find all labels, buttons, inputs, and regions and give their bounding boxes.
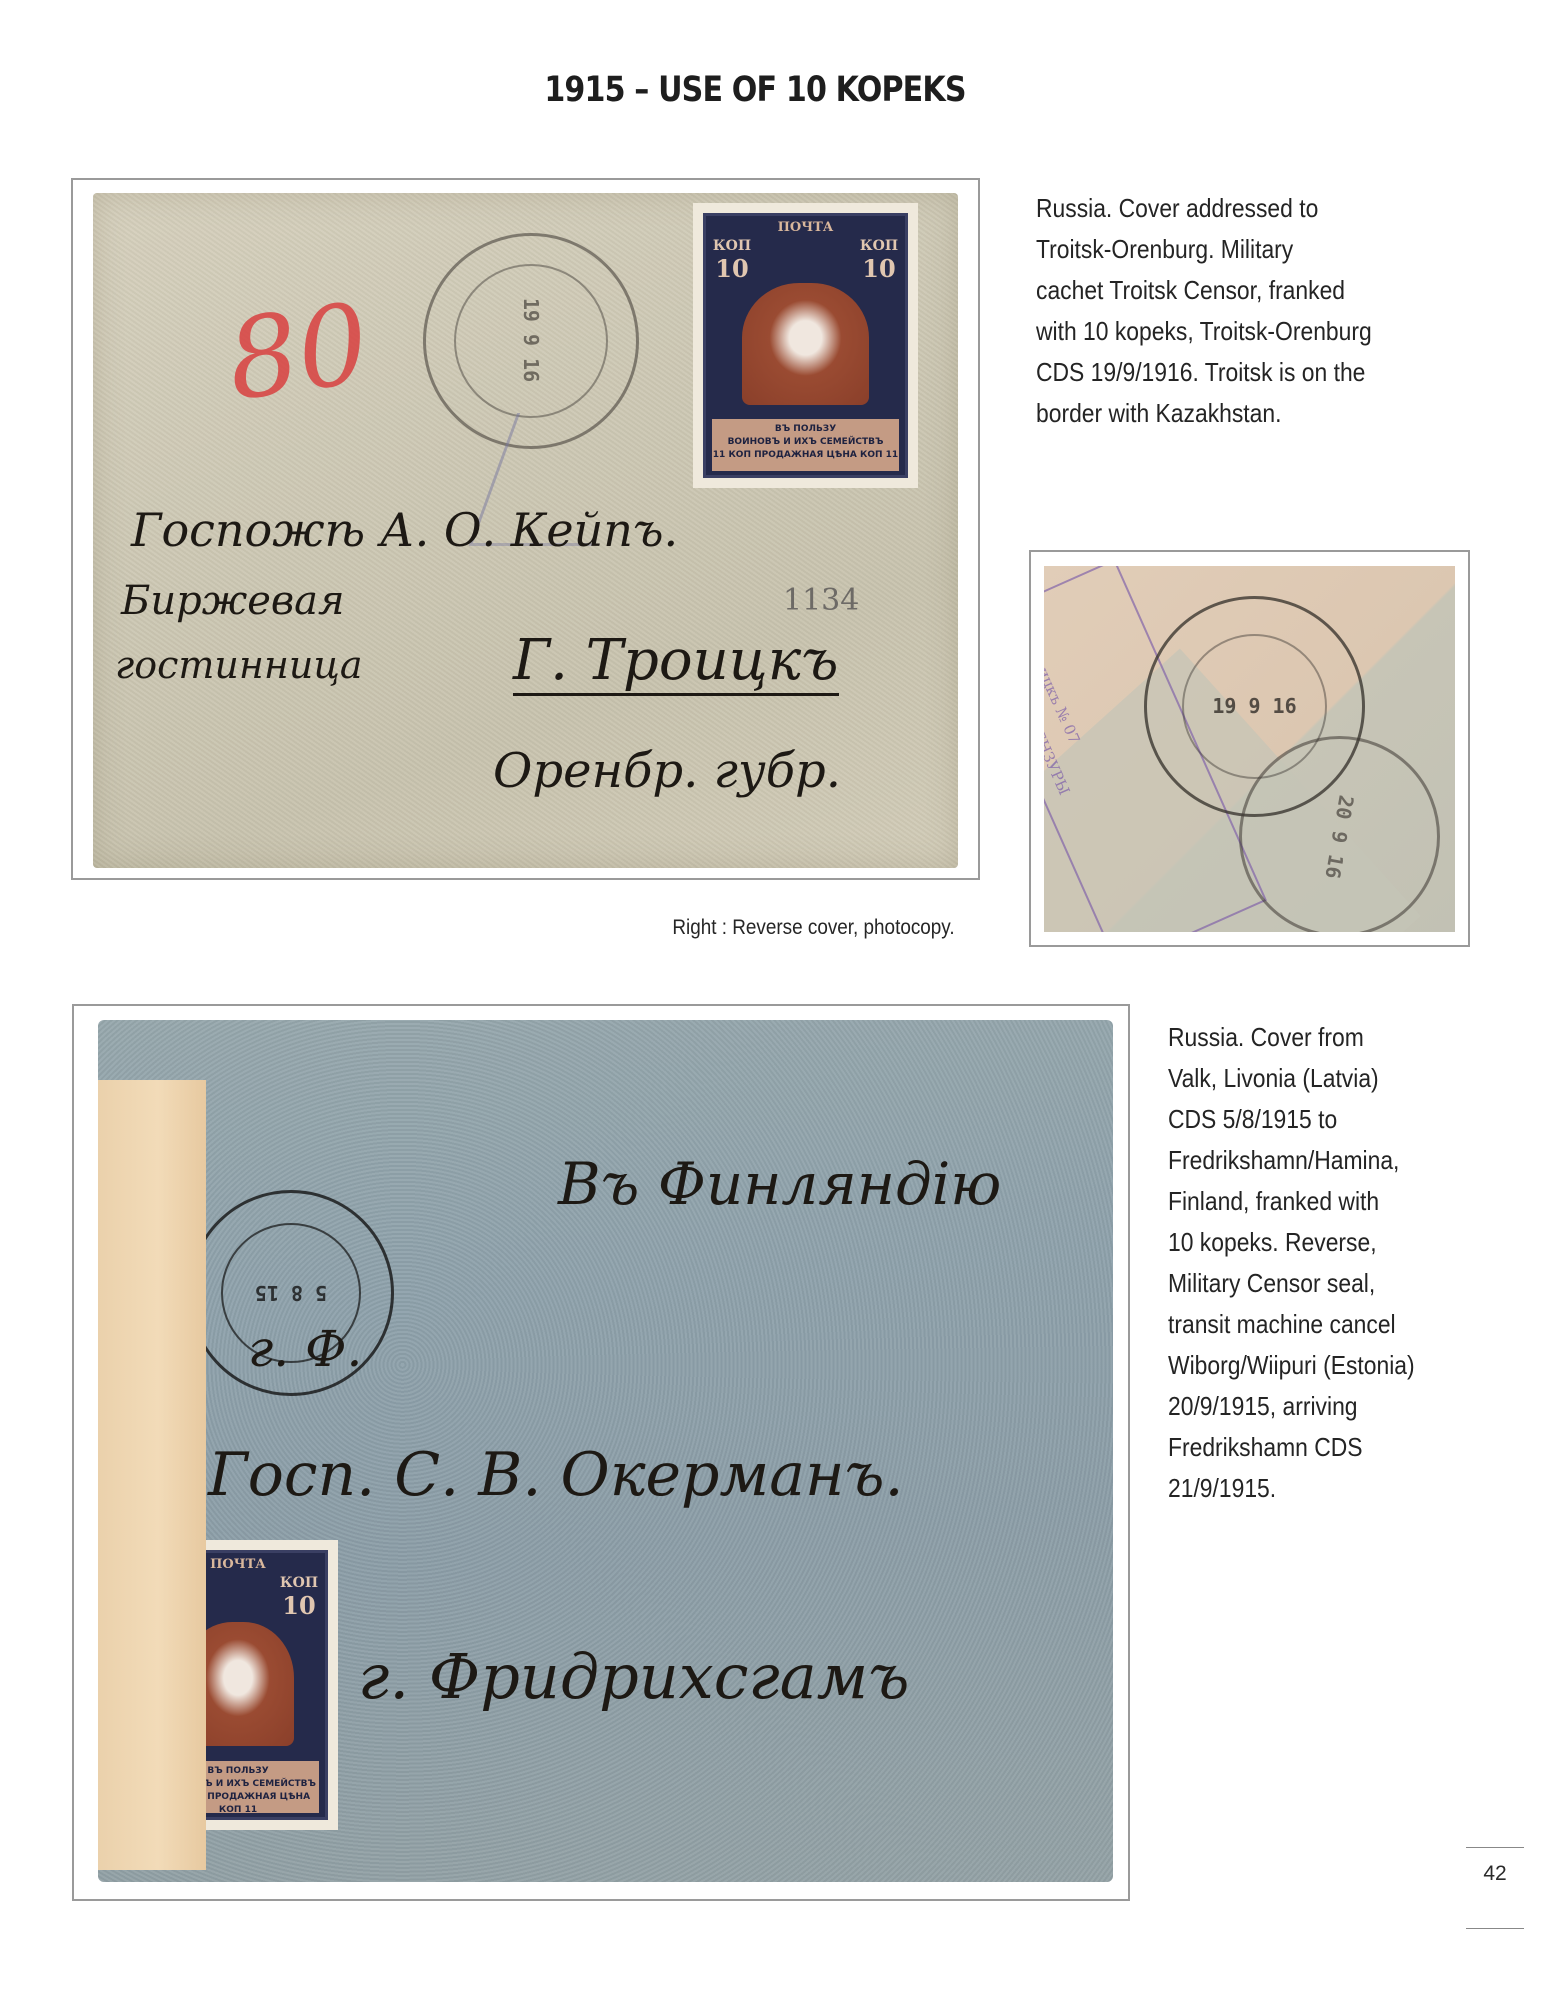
cover2-description: Russia. Cover from Valk, Livonia (Latvia…	[1168, 1017, 1415, 1509]
cover1-image: 80 19 9 16 ПОЧТА КОП10 КОП10 ВЪ ПОЛЬЗУ В…	[93, 193, 958, 868]
st-george-icon	[742, 283, 869, 405]
reverse-cds-arrival: 20 9 16	[1239, 736, 1440, 932]
address-line: Госп. С. В. Окерманъ.	[208, 1440, 904, 1510]
reverse-caption: Right : Reverse cover, photocopy.	[673, 916, 955, 940]
address-line: Г. Троицкъ	[513, 628, 839, 696]
red-crayon-mark: 80	[220, 279, 376, 425]
reverse-cover-image: ВОЕННОЙ ЦЕНЗУРЫТроицкъ № 07 19 9 16 20 9…	[1044, 566, 1455, 932]
page-number-rule-top	[1466, 1847, 1524, 1848]
cover1-description: Russia. Cover addressed to Troitsk-Orenb…	[1036, 188, 1372, 434]
address-line: г. Ф.	[248, 1320, 362, 1378]
pencil-note: 1134	[783, 583, 859, 618]
address-line: гостинница	[115, 643, 363, 687]
cover2-image: 5 8 15 Въ Финляндію г. Ф. Госп. С. В. Ок…	[98, 1020, 1113, 1882]
address-line: г. Фридрихсгамъ	[358, 1640, 909, 1713]
page-number-rule-bottom	[1466, 1928, 1524, 1929]
stamp-10-kopeks: ПОЧТА КОП10 КОП10 ВЪ ПОЛЬЗУ ВОИНОВЪ И ИХ…	[693, 203, 918, 488]
address-line: Въ Финляндію	[558, 1150, 1001, 1218]
address-line: Госпожѣ А. О. Кейпъ.	[131, 503, 678, 557]
address-line: Биржевая	[121, 578, 345, 624]
address-line: Оренбр. губр.	[493, 743, 841, 799]
page-number: 42	[1466, 1862, 1524, 1886]
censor-seal-strip	[98, 1080, 206, 1870]
page-title: 1915 – USE OF 10 KOPEKS	[106, 70, 1405, 110]
